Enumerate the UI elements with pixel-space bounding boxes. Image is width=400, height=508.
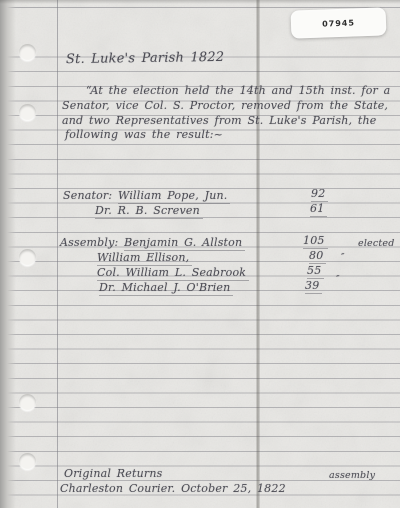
senator-candidate-2: Dr. R. B. Screven: [95, 204, 203, 219]
assembly-row-1: Assembly: Benjamin G. Allston: [60, 236, 245, 251]
paragraph-line-4: following was the result:~: [65, 128, 223, 141]
assembly-votes-3: 55: [307, 264, 324, 279]
assembly-candidate-2: William Ellison,: [97, 251, 192, 266]
punch-hole-4: [19, 394, 36, 411]
footer-citation: Charleston Courier. October 25, 1822: [60, 482, 286, 495]
punch-hole-5: [19, 453, 36, 470]
assembly-ditto-2: ″: [341, 251, 345, 264]
paragraph-line-3: and two Representatives from St. Luke's …: [62, 114, 377, 127]
assembly-votes-1: 105: [303, 234, 328, 249]
page-top-edge: [0, 0, 400, 4]
punch-hole-2: [19, 104, 36, 121]
senator-votes-2: 61: [310, 202, 327, 217]
archive-number: 07945: [322, 18, 355, 28]
footer-source-line: Original Returns: [64, 467, 163, 480]
paper-texture: [0, 0, 400, 508]
top-rule-line: [0, 7, 400, 8]
assembly-note-1: elected: [358, 237, 395, 250]
page-left-edge: [0, 0, 16, 508]
senator-row-1: Senator: William Pope, Jun.: [63, 189, 230, 204]
assembly-ditto-3: ″: [336, 273, 340, 286]
senator-candidate-1: William Pope, Jun.: [118, 189, 230, 204]
punch-hole-1: [19, 44, 36, 61]
archive-number-sticker: 07945: [291, 7, 387, 38]
assembly-candidate-1: Benjamin G. Allston: [124, 236, 245, 251]
assembly-votes-2: 80: [309, 249, 326, 264]
assembly-section-label: Assembly:: [60, 236, 118, 249]
senator-votes-1: 92: [311, 187, 328, 202]
margin-line: [57, 0, 58, 508]
senator-section-label: Senator:: [63, 189, 112, 202]
punch-hole-3: [19, 249, 36, 266]
page-title: St. Luke's Parish 1822: [66, 51, 224, 66]
footer-annotation: assembly: [329, 469, 375, 482]
assembly-candidate-3: Col. William L. Seabrook: [97, 266, 249, 281]
paragraph-line-2: Senator, vice Col. S. Proctor, removed f…: [62, 99, 388, 112]
paragraph-line-1: “At the election held the 14th and 15th …: [86, 84, 390, 97]
fold-crease: [256, 0, 260, 508]
scanned-document-page: 07945 St. Luke's Parish 1822 “At the ele…: [0, 0, 400, 508]
assembly-candidate-4: Dr. Michael J. O'Brien: [99, 281, 233, 296]
assembly-votes-4: 39: [305, 279, 322, 294]
